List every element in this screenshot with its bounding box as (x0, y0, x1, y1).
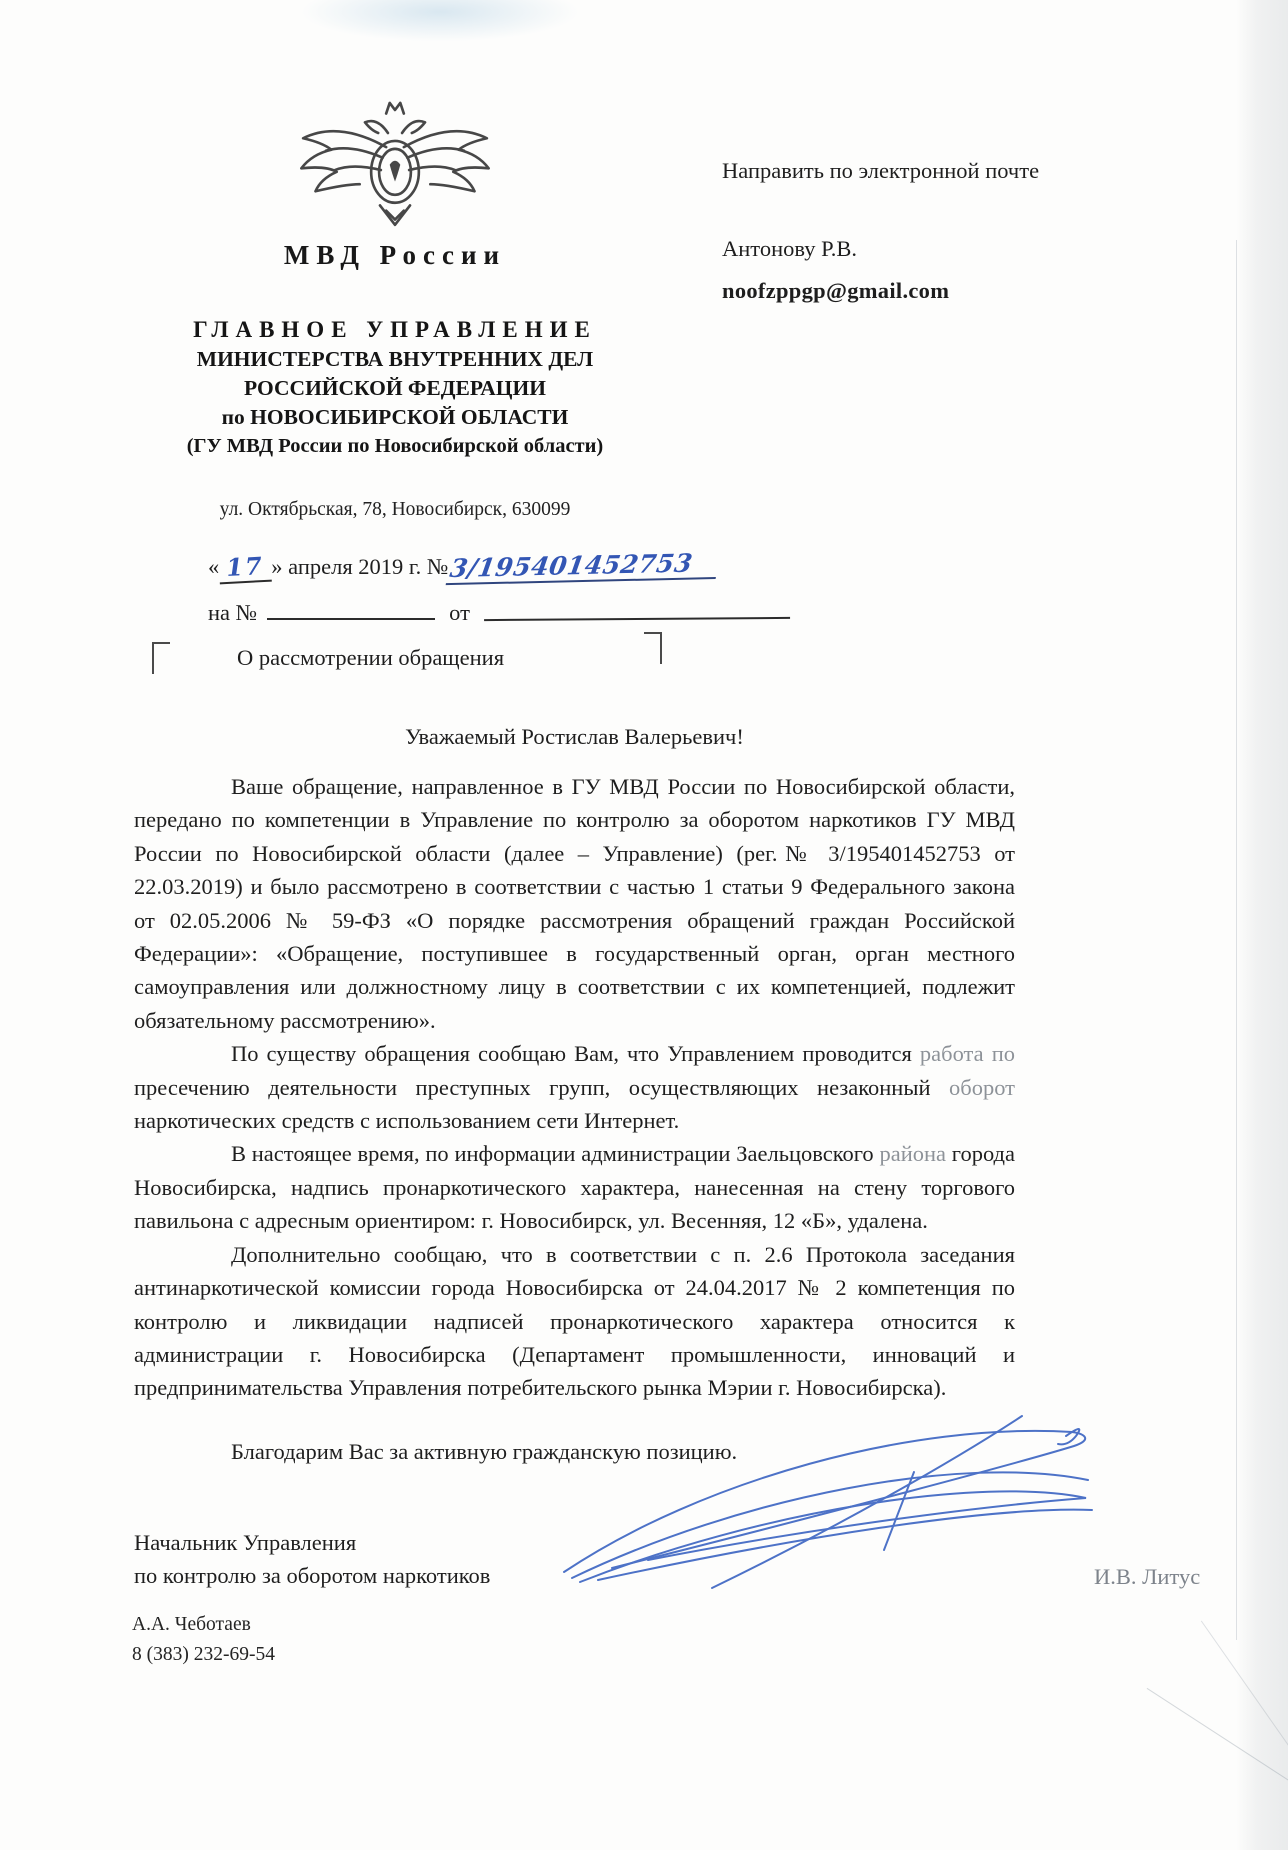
faded-text-segment: работа по (920, 1041, 1015, 1066)
executor-phone: 8 (383) 232-69-54 (132, 1640, 275, 1670)
scan-edge-strip (1236, 0, 1288, 1850)
handwritten-day: 17 (219, 551, 273, 585)
letter-body: Ваше обращение, направленное в ГУ МВД Ро… (134, 770, 1015, 1468)
executor-block: А.А. Чеботаев 8 (383) 232-69-54 (132, 1610, 275, 1670)
recipient-email: noofzppgp@gmail.com (722, 278, 1162, 304)
handwritten-reg-number: 3/195401452753 (446, 548, 721, 585)
reply-prefix: на № (208, 600, 257, 625)
blank-number-line (267, 596, 435, 620)
org-line: МИНИСТЕРСТВА ВНУТРЕННИХ ДЕЛ (128, 345, 662, 374)
scan-smudge (300, 0, 580, 42)
org-line: РОССИЙСКОЙ ФЕДЕРАЦИИ (128, 374, 662, 403)
text-segment: По существу обращения сообщаю Вам, что У… (231, 1041, 920, 1066)
org-full-name: ГЛАВНОЕ УПРАВЛЕНИЕ МИНИСТЕРСТВА ВНУТРЕНН… (128, 315, 662, 461)
text-segment: наркотических средств с использованием с… (134, 1108, 679, 1133)
signer-name: И.В. Литус (1094, 1560, 1200, 1593)
mvd-double-headed-eagle-icon (289, 92, 501, 234)
corner-bracket-right (644, 632, 662, 664)
reply-reference-line: на №от (208, 596, 968, 626)
org-line: (ГУ МВД России по Новосибирской области) (128, 432, 662, 461)
faded-text-segment: оборот (949, 1075, 1015, 1100)
executor-name: А.А. Чеботаев (132, 1610, 275, 1640)
paragraph-1: Ваше обращение, направленное в ГУ МВД Ро… (134, 770, 1015, 1037)
text-segment: пресечению деятельности преступных групп… (134, 1075, 949, 1100)
delivery-note: Направить по электронной почте (722, 158, 1162, 184)
org-line: ГЛАВНОЕ УПРАВЛЕНИЕ (128, 315, 662, 345)
org-address: ул. Октябрьская, 78, Новосибирск, 630099 (128, 499, 662, 521)
text-segment: В настоящее время, по информации админис… (231, 1141, 879, 1166)
salutation: Уважаемый Ростислав Валерьевич! (134, 724, 1015, 750)
corner-bracket-left (152, 642, 170, 674)
org-short-name: МВД России (128, 240, 662, 271)
faded-text-segment: района (879, 1141, 946, 1166)
recipient-block: Направить по электронной почте Антонову … (722, 158, 1162, 304)
paragraph-2: По существу обращения сообщаю Вам, что У… (134, 1037, 1015, 1137)
signature-block: Начальник Управления по контролю за обор… (134, 1526, 1184, 1592)
org-line: по НОВОСИБИРСКОЙ ОБЛАСТИ (128, 403, 662, 432)
subject-line: О рассмотрении обращения (237, 645, 504, 671)
reply-from-label: от (449, 600, 470, 625)
signer-title-line1: Начальник Управления (134, 1526, 1184, 1559)
signer-title-line2: по контролю за оборотом наркотиков (134, 1559, 1184, 1592)
paragraph-4: Дополнительно сообщаю, что в соответстви… (134, 1238, 1015, 1405)
letterhead: МВД России ГЛАВНОЕ УПРАВЛЕНИЕ МИНИСТЕРСТ… (128, 92, 662, 521)
reference-block: «17» апреля 2019 г. №3/195401452753 на №… (208, 551, 968, 626)
blank-date-line (484, 595, 790, 621)
scanned-letter-page: МВД России ГЛАВНОЕ УПРАВЛЕНИЕ МИНИСТЕРСТ… (0, 0, 1288, 1850)
date-text: » апреля 2019 г. № (271, 554, 448, 579)
paragraph-3: В настоящее время, по информации админис… (134, 1137, 1015, 1237)
recipient-name: Антонову Р.В. (722, 236, 1162, 262)
scan-edge-line (1236, 240, 1237, 1640)
date-line: «17» апреля 2019 г. №3/195401452753 (208, 551, 968, 582)
